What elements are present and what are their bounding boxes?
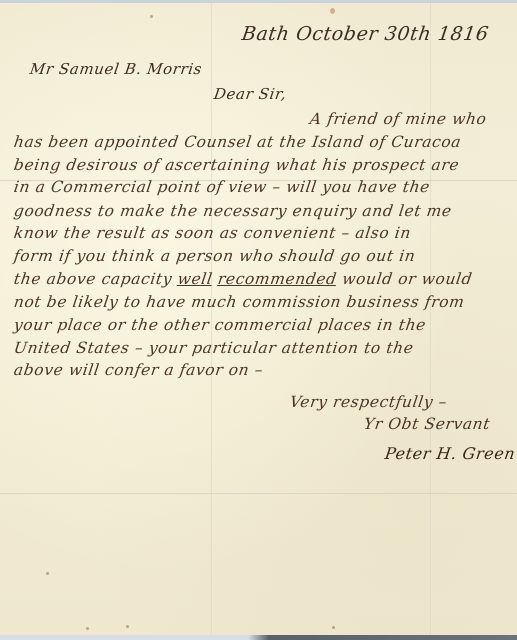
body-line: not be likely to have much commission bu… — [13, 293, 466, 311]
body-line: above will confer a favor on – — [13, 361, 265, 379]
body-line: has been appointed Counsel at the Island… — [13, 133, 463, 151]
underlined-word: well — [176, 270, 213, 288]
body-line: goodness to make the necessary enquiry a… — [13, 202, 453, 220]
paper-spot — [86, 627, 89, 630]
fold-crease-vertical-right — [430, 3, 432, 635]
letter-paper: Bath October 30th 1816 Mr Samuel B. Morr… — [0, 3, 517, 635]
body-line: know the result as soon as convenient – … — [13, 224, 413, 242]
body-line: your place or the other commercial place… — [13, 316, 428, 334]
body-line: being desirous of ascertaining what his … — [13, 156, 461, 174]
body-line: A friend of mine who — [309, 110, 488, 128]
paper-spot — [46, 572, 49, 575]
signature: Peter H. Green — [384, 444, 517, 463]
body-line-underlined: the above capacity well recommended woul… — [13, 270, 474, 288]
closing: Very respectfully – — [289, 393, 449, 411]
dateline: Bath October 30th 1816 — [240, 23, 490, 45]
underlined-word: recommended — [217, 270, 338, 288]
body-line: in a Commercial point of view – will you… — [13, 178, 432, 196]
body-line: United States – your particular attentio… — [13, 339, 415, 357]
paper-spot — [126, 625, 129, 628]
scan-bottom-edge — [0, 635, 517, 640]
paper-spot — [332, 626, 335, 629]
fold-crease-horizontal-bottom — [0, 493, 517, 495]
paper-spot — [330, 8, 335, 14]
salutation: Dear Sir, — [213, 85, 288, 103]
closing-servant: Yr Obt Servant — [363, 415, 492, 433]
body-line: form if you think a person who should go… — [13, 247, 417, 265]
addressee: Mr Samuel B. Morris — [29, 60, 204, 78]
paper-spot — [150, 15, 153, 18]
